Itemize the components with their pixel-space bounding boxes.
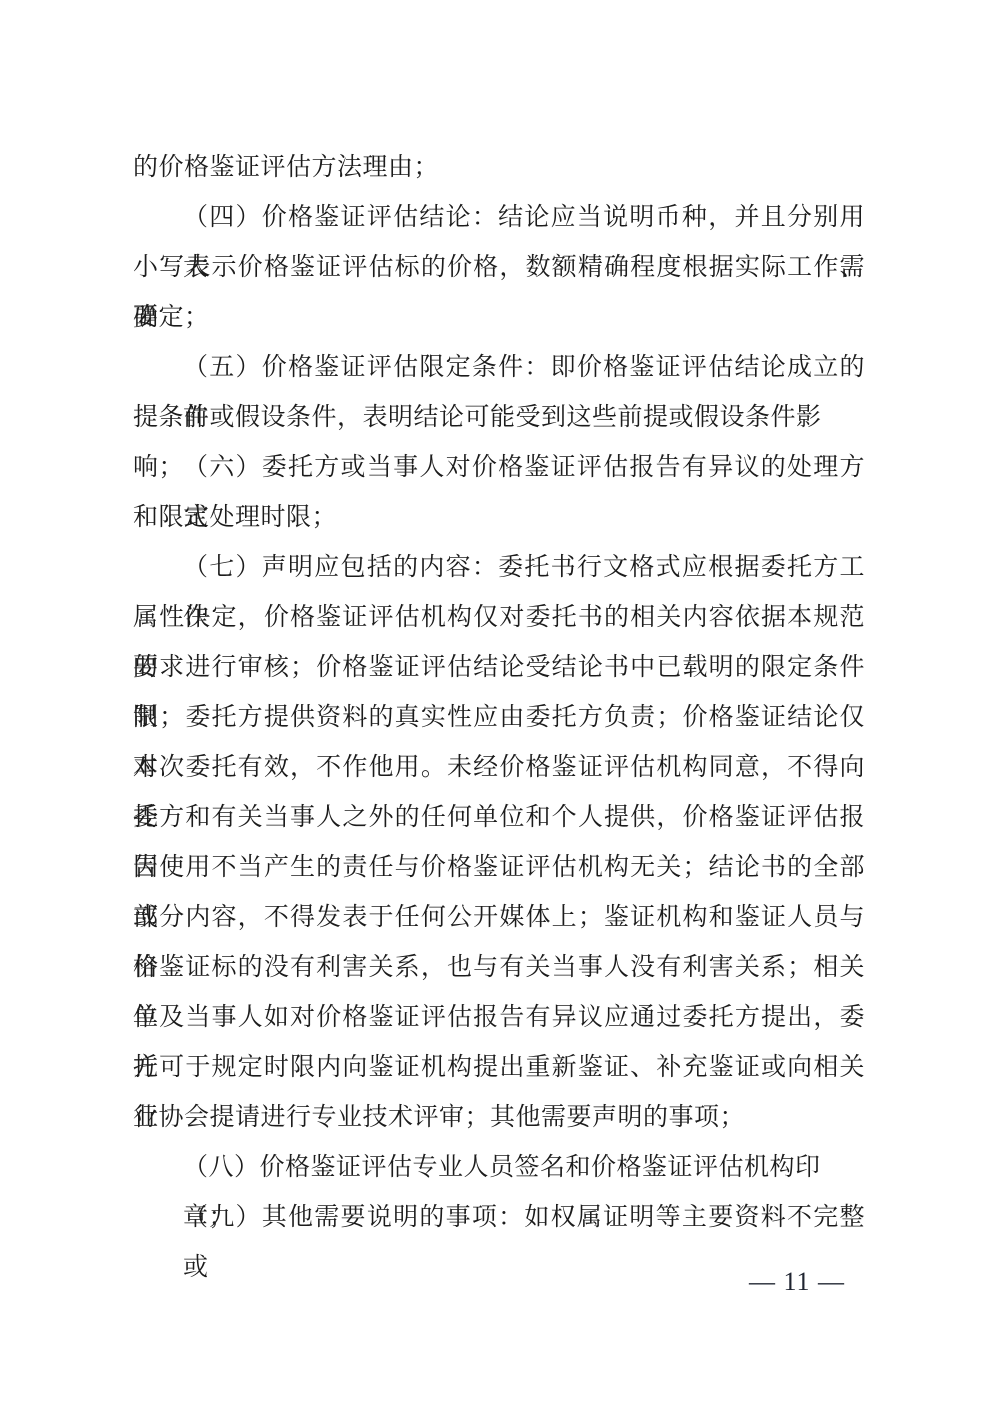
document-body: 的价格鉴证评估方法理由； （四）价格鉴证评估结论：结论应当说明币种，并且分别用大… (133, 143, 865, 1243)
document-line: 本次委托有效，不作他用。未经价格鉴证评估机构同意，不得向委 (133, 743, 865, 793)
document-page: 的价格鉴证评估方法理由； （四）价格鉴证评估结论：结论应当说明币种，并且分别用大… (0, 0, 992, 1403)
document-line: 方可于规定时限内向鉴证机构提出重新鉴证、补充鉴证或向相关行 (133, 1043, 865, 1093)
document-line: （五）价格鉴证评估限定条件：即价格鉴证评估结论成立的前 (133, 343, 865, 393)
document-line: 制；委托方提供资料的真实性应由委托方负责；价格鉴证结论仅对 (133, 693, 865, 743)
document-line: 的价格鉴证评估方法理由； (133, 143, 865, 193)
document-line: （四）价格鉴证评估结论：结论应当说明币种，并且分别用大、 (133, 193, 865, 243)
document-line: （八）价格鉴证评估专业人员签名和价格鉴证评估机构印章； (133, 1143, 865, 1193)
page-number: — 11 — (133, 1262, 845, 1302)
document-line: 属性决定，价格鉴证评估机构仅对委托书的相关内容依据本规范的 (133, 593, 865, 643)
document-line: 因使用不当产生的责任与价格鉴证评估机构无关；结论书的全部或 (133, 843, 865, 893)
document-line: （六）委托方或当事人对价格鉴证评估报告有异议的处理方式 (133, 443, 865, 493)
document-line: 格鉴证标的没有利害关系，也与有关当事人没有利害关系；相关单 (133, 943, 865, 993)
document-line: 提条件或假设条件，表明结论可能受到这些前提或假设条件影响； (133, 393, 865, 443)
document-line: （九）其他需要说明的事项：如权属证明等主要资料不完整或 (133, 1193, 865, 1243)
document-line: （七）声明应包括的内容：委托书行文格式应根据委托方工作 (133, 543, 865, 593)
document-line: 小写表示价格鉴证评估标的价格，数额精确程度根据实际工作需要 (133, 243, 865, 293)
document-line: 托方和有关当事人之外的任何单位和个人提供，价格鉴证评估报告 (133, 793, 865, 843)
document-line: 业协会提请进行专业技术评审；其他需要声明的事项； (133, 1093, 865, 1143)
document-line: 位及当事人如对价格鉴证评估报告有异议应通过委托方提出，委托 (133, 993, 865, 1043)
document-line: 要求进行审核；价格鉴证评估结论受结论书中已载明的限定条件限 (133, 643, 865, 693)
document-line: 确定； (133, 293, 865, 343)
document-line: 部分内容，不得发表于任何公开媒体上；鉴证机构和鉴证人员与价 (133, 893, 865, 943)
document-line: 和限定处理时限； (133, 493, 865, 543)
